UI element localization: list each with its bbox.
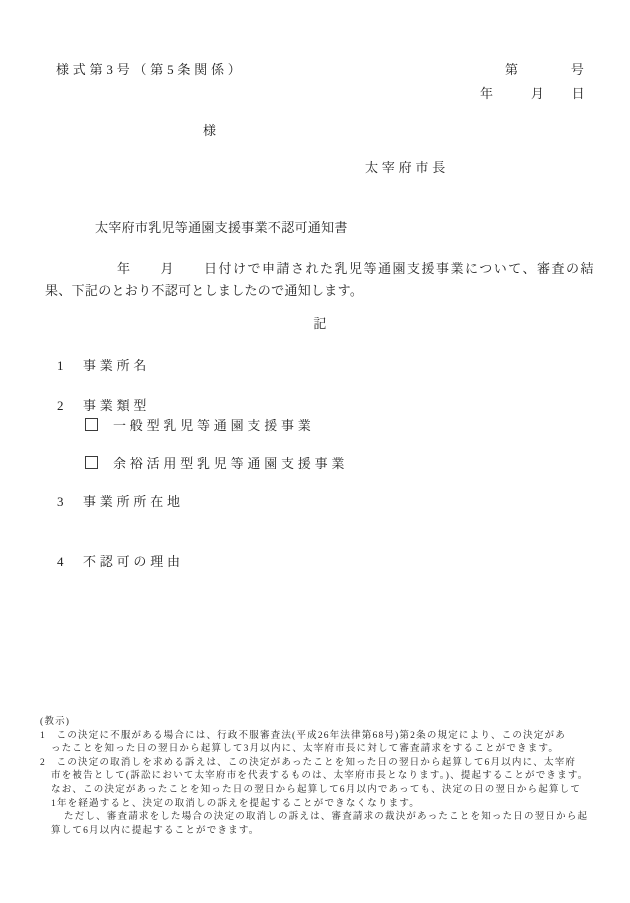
type-option-general: 一般型乳児等通園支援事業	[85, 418, 315, 434]
item-number: 2	[57, 398, 83, 414]
appeal-notice-line: 市を被告として(訴訟において太宰府市を代表するものは、太宰府市長となります。)、…	[40, 770, 610, 784]
body-paragraph-line1: 年 月 日付けで申請された乳児等通園支援事業について、審査の結	[45, 261, 595, 277]
appeal-notice: (教示) 1 この決定に不服がある場合には、行政不服審査法(平成26年法律第68…	[40, 716, 610, 838]
appeal-notice-line: 1年を経過すると、決定の取消しの訴えを提起することができなくなります。	[40, 798, 610, 812]
document-number-suffix: 号	[571, 62, 588, 77]
appeal-notice-line: 2 この決定の取消しを求める訴えは、この決定があったことを知った日の翌日から起算…	[40, 757, 610, 771]
type-option-label: 余裕活用型乳児等通園支援事業	[113, 456, 348, 471]
checkbox-surplus-type-icon	[85, 456, 98, 469]
type-option-surplus: 余裕活用型乳児等通園支援事業	[85, 456, 348, 472]
checkbox-general-type-icon	[85, 418, 98, 431]
appeal-notice-line: ったことを知った日の翌日から起算して3月以内に、太宰府市長に対して審査請求をする…	[40, 743, 610, 757]
record-marker: 記	[45, 316, 595, 332]
item-business-address: 3事業所所在地	[57, 494, 184, 510]
date-day-label: 日	[572, 86, 589, 101]
date-month-label: 月	[531, 86, 548, 101]
item-label: 事業所名	[83, 358, 150, 373]
item-number: 1	[57, 358, 83, 374]
appeal-notice-line: なお、この決定があったことを知った日の翌日から起算して6月以内であっても、決定の…	[40, 784, 610, 798]
item-number: 3	[57, 494, 83, 510]
form-number: 様式第3号（第5条関係）	[56, 62, 245, 78]
item-business-type: 2事業類型	[57, 398, 150, 414]
item-label: 事業類型	[83, 398, 150, 413]
document-title: 太宰府市乳児等通園支援事業不認可通知書	[95, 220, 348, 236]
appeal-notice-heading: (教示)	[40, 716, 610, 730]
type-option-label: 一般型乳児等通園支援事業	[113, 418, 315, 433]
issue-date-line: 年月日	[480, 86, 588, 102]
appeal-notice-line: 算して6月以内に提起することができます。	[40, 825, 610, 839]
appeal-notice-line: 1 この決定に不服がある場合には、行政不服審査法(平成26年法律第68号)第2条…	[40, 730, 610, 744]
item-label: 事業所所在地	[83, 494, 184, 509]
addressee-honorific: 様	[203, 123, 220, 139]
item-label: 不認可の理由	[83, 554, 184, 569]
body-paragraph-line2: 果、下記のとおり不認可としましたので通知します。	[45, 283, 363, 299]
appeal-notice-line: ただし、審査請求をした場合の決定の取消しの訴えは、審査請求の裁決があったことを知…	[40, 811, 610, 825]
date-year-label: 年	[480, 86, 497, 101]
sender-name: 太宰府市長	[365, 160, 449, 176]
document-number-prefix: 第	[505, 62, 522, 77]
item-denial-reason: 4不認可の理由	[57, 554, 184, 570]
document-number-line: 第号	[505, 62, 588, 78]
document-page: 様式第3号（第5条関係） 第号 年月日 様 太宰府市長 太宰府市乳児等通園支援事…	[0, 0, 630, 903]
item-number: 4	[57, 554, 83, 570]
item-business-name: 1事業所名	[57, 358, 150, 374]
